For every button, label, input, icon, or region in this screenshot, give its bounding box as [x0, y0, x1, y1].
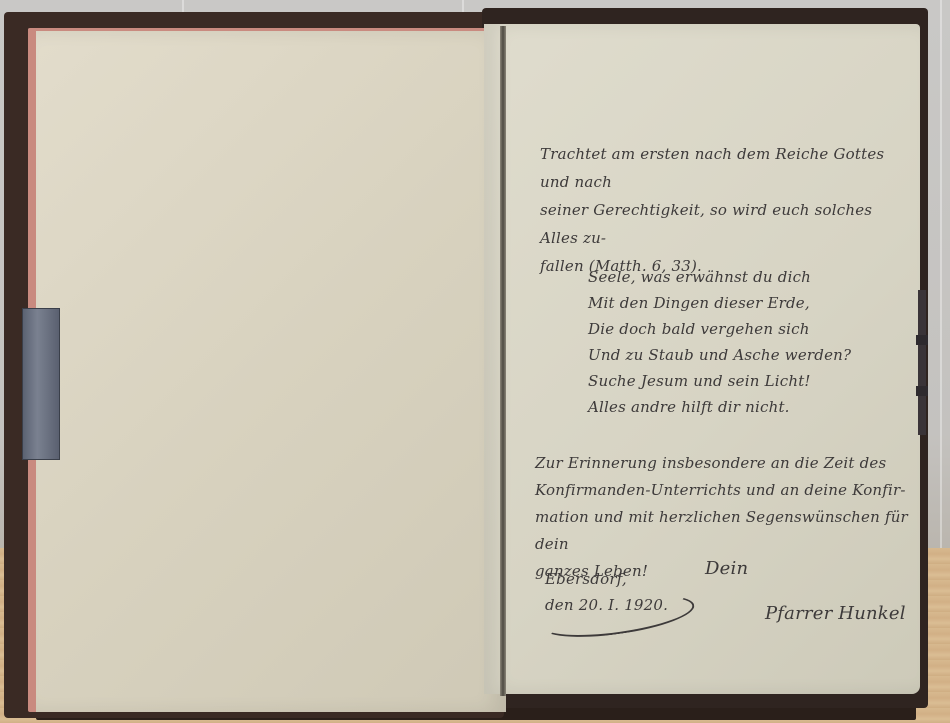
left-page-blank	[28, 28, 506, 712]
bible-verse: Trachtet am ersten nach dem Reiche Gotte…	[540, 140, 910, 280]
poem: Seele, was erwähnst du dich Mit den Ding…	[588, 264, 888, 420]
signature: Pfarrer Hunkel	[765, 600, 906, 628]
wall-panel-line	[940, 0, 942, 573]
verse-line: seiner Gerechtigkeit, so wird euch solch…	[540, 196, 910, 252]
poem-line: Suche Jesum und sein Licht!	[588, 368, 888, 394]
dedication-line: Zur Erinnerung insbesondere an die Zeit …	[535, 450, 920, 477]
poem-line: Alles andre hilft dir nicht.	[588, 394, 888, 420]
verse-line: Trachtet am ersten nach dem Reiche Gotte…	[540, 140, 910, 196]
clasp-catch-icon	[918, 290, 926, 435]
poem-line: Seele, was erwähnst du dich	[588, 264, 888, 290]
dedication-line: mation und mit herzlichen Segenswünschen…	[535, 504, 920, 558]
book-gutter	[500, 26, 506, 696]
place: Ebersdorf,	[545, 566, 668, 592]
poem-line: Die doch bald vergehen sich	[588, 316, 888, 342]
poem-line: Und zu Staub und Asche werden?	[588, 342, 888, 368]
metal-clasp-icon	[22, 308, 60, 460]
closing: Dein	[705, 555, 748, 583]
poem-line: Mit den Dingen dieser Erde,	[588, 290, 888, 316]
dedication-line: Konfirmanden-Unterrichts und an deine Ko…	[535, 477, 920, 504]
